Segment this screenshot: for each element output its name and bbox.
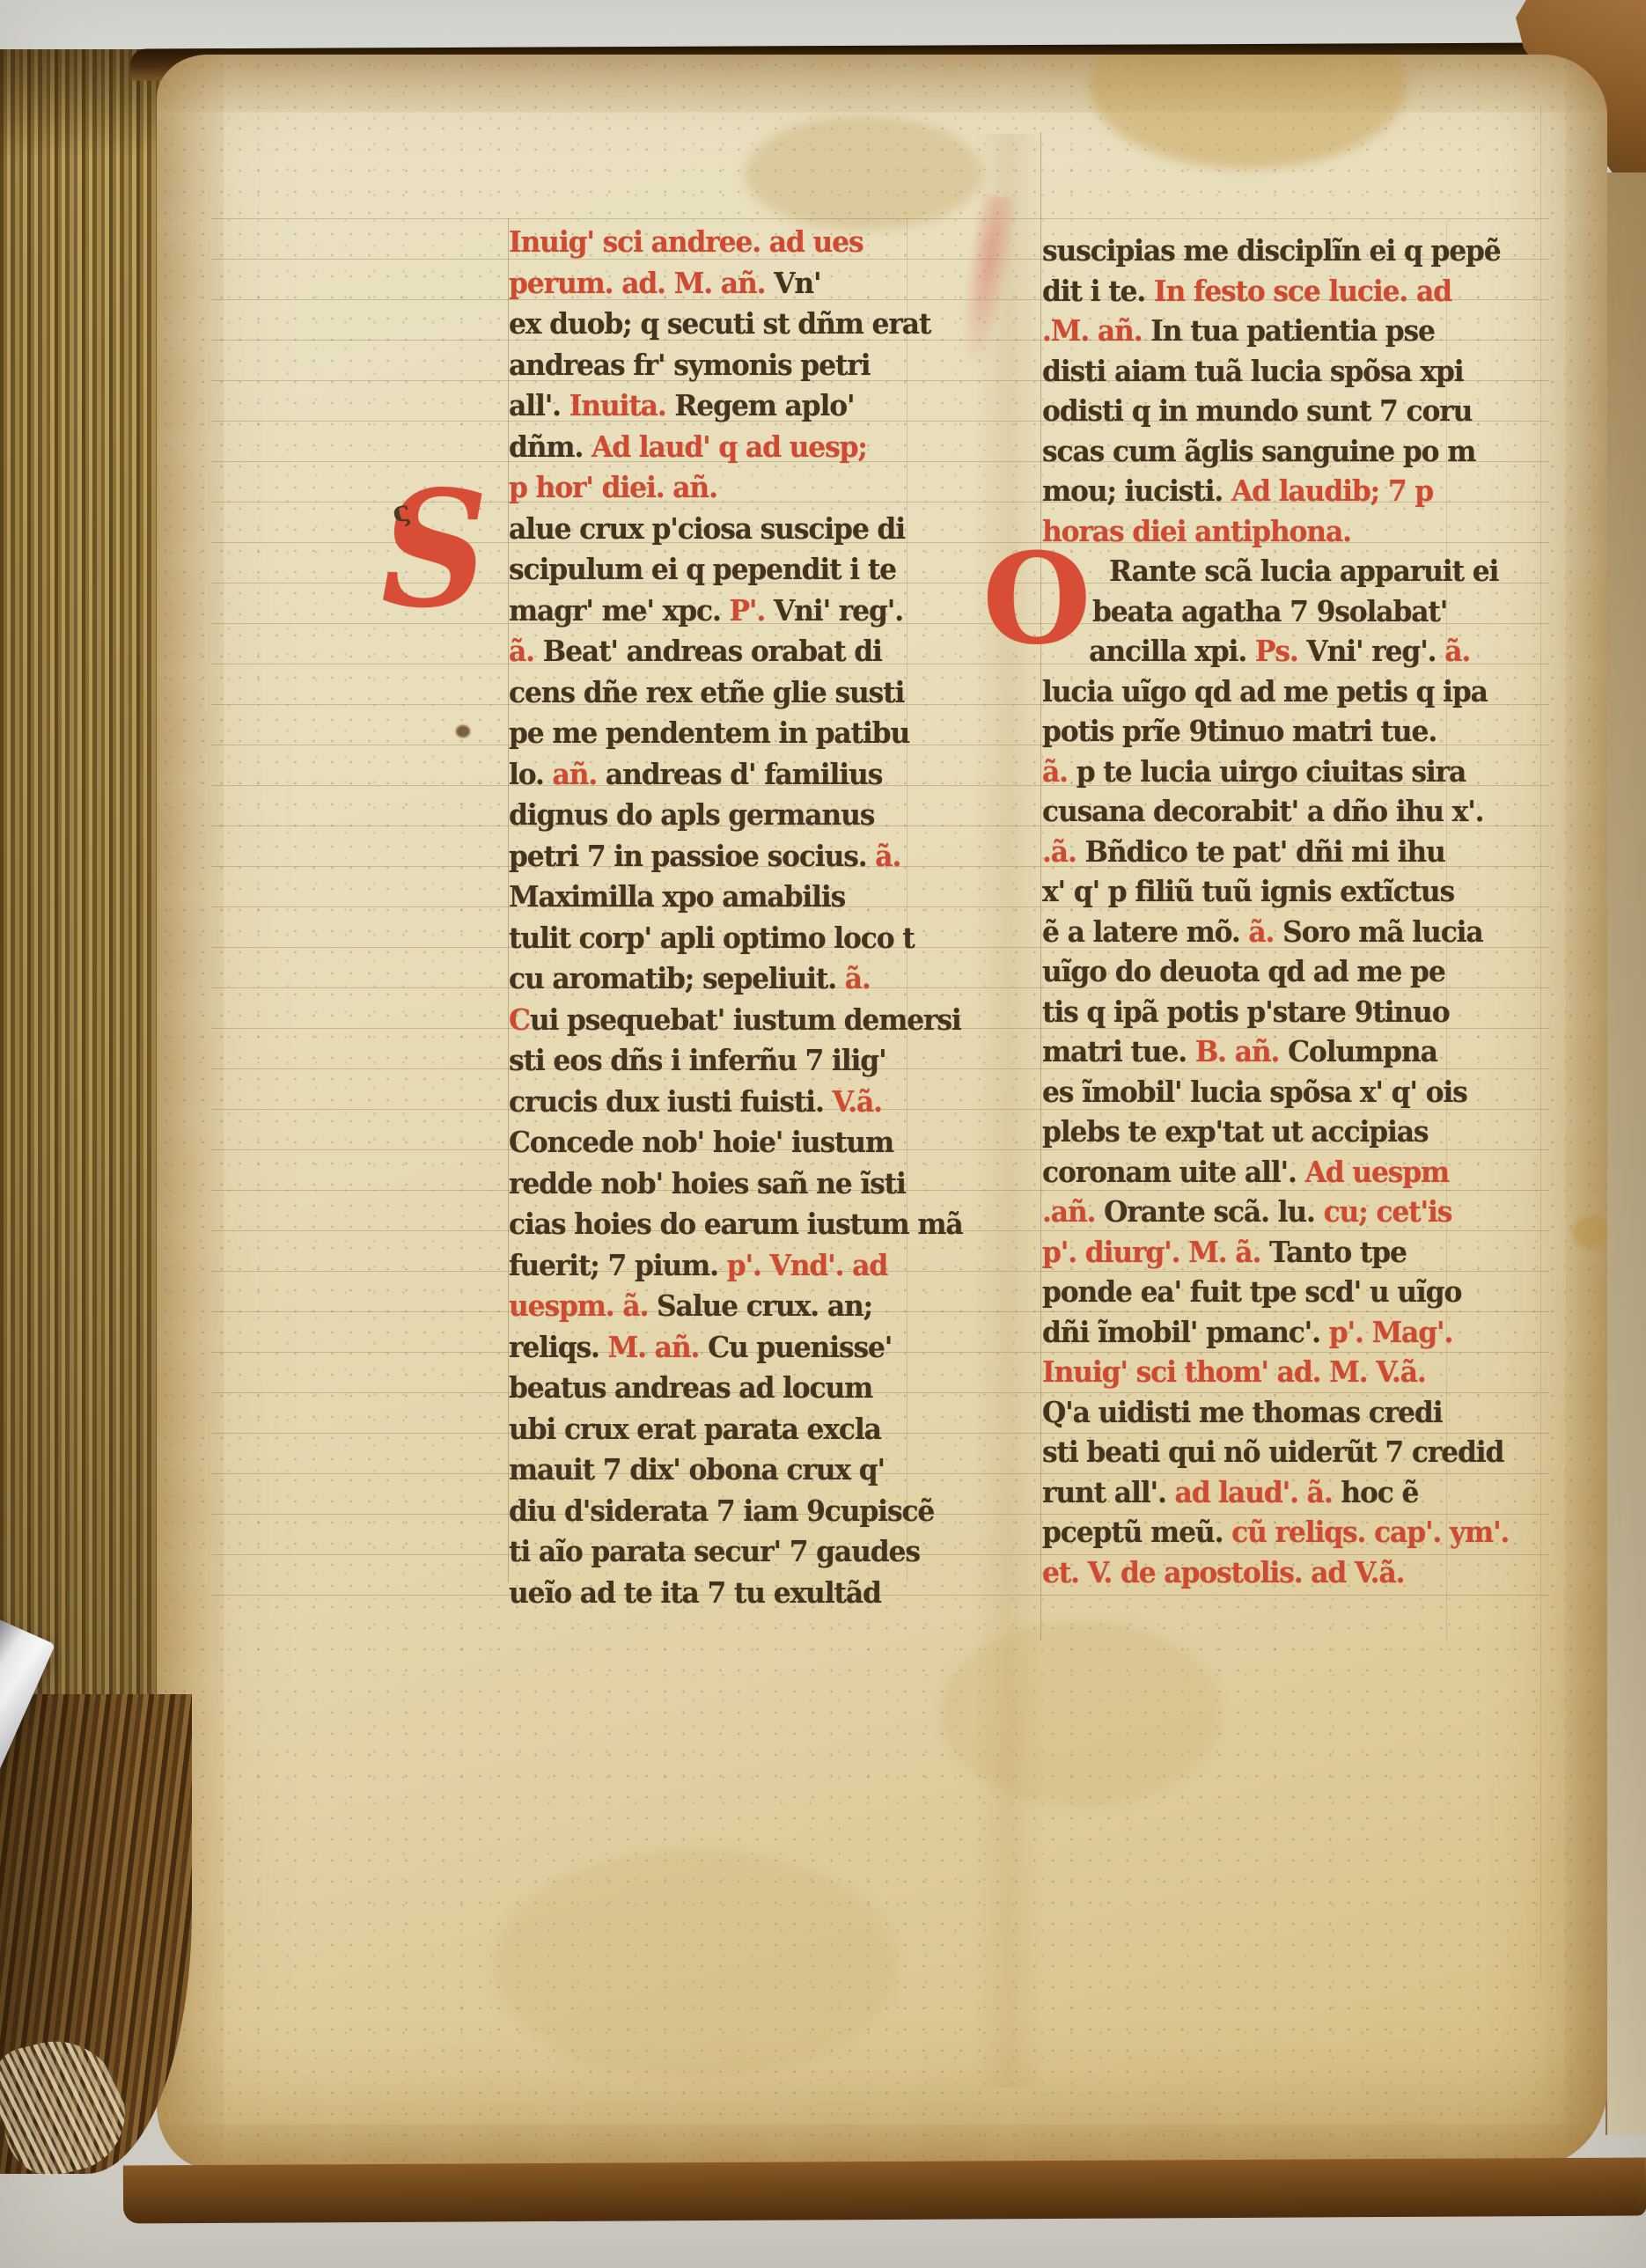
ink-text: lucia uĩgo qd ad me petis q ipa [1042,674,1488,708]
text-line: et. V. de apostolis. ad V.ã. [1042,1552,1544,1593]
rubric-text: p hor' diei. añ. [509,470,717,504]
text-line: reliqs. M. añ. Cu puenisse' [509,1327,977,1369]
ink-text: alue crux p'ciosa suscipe di [509,511,905,546]
ink-text: suscipias me disciplĩn ei q pepẽ [1042,233,1501,268]
rubric-text: In festo sce lucie. ad [1154,274,1451,308]
ink-text: Salue crux. an; [657,1288,872,1323]
text-line: es ĩmobil' lucia spõsa x' q' ois [1042,1072,1544,1112]
book-page-edges [0,49,174,1871]
book-right-edge [1606,172,1646,2135]
text-line: cu aromatib; sepeliuit. ã. [509,958,977,1000]
text-line: coronam uite all'. Ad uespm [1042,1152,1544,1193]
ink-text: Maximilla xpo amabilis [509,879,845,914]
ink-text: In tua patientia pse [1150,313,1435,348]
ink-text: cias hoies do earum iustum mã [509,1207,963,1241]
parchment-page: S O ς Inuig' sci andree. ad uesperum. ad… [157,55,1607,2169]
ink-text: pe me pendentem in patibu [509,716,909,750]
text-line: perum. ad. M. añ. Vn' [509,263,977,305]
ink-text: lo. [509,757,553,791]
ink-text: ponde ea' fuit tpe scd' u uĩgo [1042,1274,1461,1309]
ink-text: all'. [509,388,569,422]
text-line: all'. Inuita. Regem aplo' [509,385,977,427]
text-line: .M. añ. In tua patientia pse [1042,311,1544,351]
rubric-text: horas diei antiphona. [1042,514,1351,548]
text-line: Cui psequebat' iustum demersi [509,1000,977,1041]
ink-text: sti beati qui nõ uiderũt 7 credid [1042,1435,1503,1469]
text-line: ueĩo ad te ita 7 tu exultãd [509,1573,977,1614]
text-line: alue crux p'ciosa suscipe di [509,509,977,550]
ink-text: uĩgo do deuota qd ad me pe [1042,954,1445,988]
rubric-text: cu; cet'is [1324,1194,1452,1229]
rubric-text: ad laud'. ã. [1175,1475,1341,1509]
text-line: plebs te exp'tat ut accipias [1042,1112,1544,1152]
rubric-text: Ad uespm [1305,1155,1450,1189]
leather-cover-bottom [123,2157,1646,2223]
text-line: dñi ĩmobil' pmanc'. p'. Mag'. [1042,1312,1544,1353]
ink-text: p te lucia uirgo ciuitas sira [1077,754,1466,789]
ink-text: Vni' reg'. [774,593,903,628]
ink-text: magr' me' xpc. [509,593,730,628]
rubric-text: uespm. ã. [509,1288,657,1323]
ink-text: cens dñe rex etñe glie susti [509,675,904,709]
ink-text: Rante scã lucia apparuit ei [1109,554,1498,588]
text-line: disti aiam tuã lucia spõsa xpi [1042,351,1544,392]
ink-text: pceptũ meũ. [1042,1515,1231,1549]
text-line: uĩgo do deuota qd ad me pe [1042,951,1544,992]
rubric-text: p'. Vnd'. ad [727,1248,887,1282]
ink-text: sti eos dñs i inferñu 7 ilig' [509,1043,886,1077]
text-line: runt all'. ad laud'. ã. hoc ẽ [1042,1472,1544,1513]
ink-text: dñi ĩmobil' pmanc'. [1042,1315,1329,1349]
text-line: pe me pendentem in patibu [509,713,977,754]
text-line: beata agatha 7 9solabat' [1042,591,1544,632]
text-line: ubi crux erat parata excla [509,1409,977,1450]
rubric-text: V.ã. [833,1084,882,1119]
rubric-text: ã. [875,839,900,873]
ink-text: andreas fr' symonis petri [509,348,870,382]
rubric-text: C [509,1002,530,1037]
text-line: pceptũ meũ. cũ reliqs. cap'. ym'. [1042,1512,1544,1552]
text-line: uespm. ã. Salue crux. an; [509,1286,977,1327]
ink-text: x' q' p filiũ tuũ ignis extĩctus [1042,874,1454,908]
text-line: scipulum ei q pependit i te [509,549,977,591]
text-line: ti aĩo parata secur' 7 gaudes [509,1531,977,1573]
text-line: fuerit; 7 pium. p'. Vnd'. ad [509,1245,977,1287]
ink-text: tis q ipã potis p'stare 9tinuo [1042,995,1449,1029]
ink-text: dit i te. [1042,274,1154,308]
text-line: dignus do apls germanus [509,795,977,836]
text-line: ẽ a latere mõ. ã. Soro mã lucia [1042,912,1544,952]
text-line: p hor' diei. añ. [509,467,977,509]
ink-text: Vni' reg'. [1306,634,1444,668]
text-line: sti eos dñs i inferñu 7 ilig' [509,1040,977,1082]
rubric-text: ã. [509,634,543,668]
text-line: suscipias me disciplĩn ei q pepẽ [1042,231,1544,271]
rubric-text: ã. [1444,634,1470,668]
rubric-text: perum. ad. M. añ. [509,266,774,300]
ink-text: mauit 7 dix' obona crux q' [509,1452,885,1486]
ink-text: ui psequebat' iustum demersi [530,1002,961,1037]
ink-text: ancilla xpi. [1089,634,1255,668]
ink-text: dñm. [509,429,592,464]
text-line: Concede nob' hoie' iustum [509,1122,977,1163]
ink-text: Soro mã lucia [1282,914,1482,949]
ink-text: ti aĩo parata secur' 7 gaudes [509,1534,920,1568]
text-line: Inuig' sci thom' ad. M. V.ã. [1042,1352,1544,1392]
text-line: x' q' p filiũ tuũ ignis extĩctus [1042,871,1544,912]
text-line: cias hoies do earum iustum mã [509,1204,977,1245]
rubric-text: ã. [1248,914,1282,949]
text-line: odisti q in mundo sunt 7 coru [1042,391,1544,431]
text-line: .añ. Orante scã. lu. cu; cet'is [1042,1192,1544,1232]
text-line: ã. p te lucia uirgo ciuitas sira [1042,752,1544,792]
ink-text: runt all'. [1042,1475,1175,1509]
text-line: ã. Beat' andreas orabat di [509,631,977,672]
text-line: sti beati qui nõ uiderũt 7 credid [1042,1432,1544,1472]
ink-text: dignus do apls germanus [509,797,874,832]
stain [1572,1216,1607,1248]
rubric-text: p'. diurg'. M. ã. [1042,1235,1269,1269]
ink-text: cusana decorabit' a dño ihu x'. [1042,794,1483,828]
ink-text: Tanto tpe [1269,1235,1407,1269]
ink-text: scipulum ei q pependit i te [509,552,896,586]
text-line: dñm. Ad laud' q ad uesp; [509,427,977,468]
ink-text: fuerit; 7 pium. [509,1248,727,1282]
rubric-text: añ. [553,757,606,791]
ink-text: beatus andreas ad locum [509,1370,872,1405]
text-line: ex duob; q secuti st dñm erat [509,304,977,345]
ink-text: reliqs. [509,1330,608,1364]
ink-text: plebs te exp'tat ut accipias [1042,1114,1428,1149]
ink-text: scas cum ãglis sanguine po m [1042,434,1475,468]
ink-text: Beat' andreas orabat di [543,634,882,668]
text-line: potis prĩe 9tinuo matri tue. [1042,711,1544,752]
ink-text: Regem aplo' [674,388,854,422]
gutter-shading [974,134,1044,2088]
rubric-text: cũ reliqs. cap'. ym'. [1231,1515,1509,1549]
rubric-text: et. V. de apostolis. ad V.ã. [1042,1555,1404,1589]
text-line: crucis dux iusti fuisti. V.ã. [509,1082,977,1123]
rubric-text: ã. [845,961,871,995]
text-line: dit i te. In festo sce lucie. ad [1042,271,1544,312]
ink-text: potis prĩe 9tinuo matri tue. [1042,714,1437,748]
text-line: Rante scã lucia apparuit ei [1042,551,1544,591]
text-column-right: suscipias me disciplĩn ei q pepẽdit i te… [1042,231,1544,1592]
ink-text: redde nob' hoies sañ ne ĩsti [509,1166,906,1200]
stain [493,1850,898,2079]
rubric-text: Ad laud' q ad uesp; [592,429,867,464]
ink-text: Orante scã. lu. [1104,1194,1323,1229]
text-line: lo. añ. andreas d' familius [509,754,977,796]
text-line: p'. diurg'. M. ã. Tanto tpe [1042,1232,1544,1273]
ink-text: beata agatha 7 9solabat' [1092,594,1447,628]
ink-text: petri 7 in passioe socius. [509,839,875,873]
text-line: petri 7 in passioe socius. ã. [509,836,977,877]
rubric-text: Inuig' sci thom' ad. M. V.ã. [1042,1354,1426,1389]
ink-text: Q'a uidisti me thomas credi [1042,1395,1443,1429]
text-line: scas cum ãglis sanguine po m [1042,431,1544,472]
rubric-text: P'. [730,593,774,628]
text-line: horas diei antiphona. [1042,511,1544,552]
ink-text: tulit corp' apli optimo loco t [509,921,915,955]
text-line: magr' me' xpc. P'. Vni' reg'. [509,591,977,632]
text-line: mauit 7 dix' obona crux q' [509,1450,977,1491]
ink-text: ẽ a latere mõ. [1042,914,1248,949]
stain [745,116,982,231]
ink-text: ex duob; q secuti st dñm erat [509,306,930,341]
ink-text: coronam uite all'. [1042,1155,1305,1189]
text-line: tulit corp' apli optimo loco t [509,918,977,959]
ink-text: Columpna [1288,1034,1437,1068]
stain [1090,55,1407,169]
rubric-text: ã. [1042,754,1077,789]
text-line: diu d'siderata 7 iam 9cupiscẽ [509,1491,977,1532]
ink-text: Vn' [774,266,820,300]
ink-text: crucis dux iusti fuisti. [509,1084,833,1119]
text-line: andreas fr' symonis petri [509,345,977,386]
ink-text: ubi crux erat parata excla [509,1412,881,1446]
rubric-text: Inuig' sci andree. ad ues [509,224,863,259]
ink-text: cu aromatib; sepeliuit. [509,961,845,995]
ink-text: diu d'siderata 7 iam 9cupiscẽ [509,1494,934,1528]
rubric-text: p'. Mag'. [1329,1315,1453,1349]
text-line: Inuig' sci andree. ad ues [509,222,977,263]
text-line: redde nob' hoies sañ ne ĩsti [509,1163,977,1205]
text-line: tis q ipã potis p'stare 9tinuo [1042,992,1544,1032]
rubric-text: M. añ. [608,1330,708,1364]
text-line: cusana decorabit' a dño ihu x'. [1042,791,1544,832]
ink-text: matri tue. [1042,1034,1195,1068]
rubric-text: .ã. [1042,834,1085,869]
text-line: matri tue. B. añ. Columpna [1042,1031,1544,1072]
text-line: cens dñe rex etñe glie susti [509,672,977,714]
text-column-left: Inuig' sci andree. ad uesperum. ad. M. a… [509,222,977,1613]
text-line: Maximilla xpo amabilis [509,877,977,918]
text-line: beatus andreas ad locum [509,1368,977,1409]
rubric-text: Ps. [1255,634,1306,668]
text-line: mou; iucisti. Ad laudib; 7 p [1042,471,1544,511]
rubric-text: B. añ. [1195,1034,1288,1068]
manuscript-photo: S O ς Inuig' sci andree. ad uesperum. ad… [0,0,1646,2268]
ink-text: Bñdico te pat' dñi mi ihu [1085,834,1445,869]
rubric-text: Ad laudib; 7 p [1231,473,1433,508]
text-line: lucia uĩgo qd ad me petis q ipa [1042,672,1544,712]
ink-text: odisti q in mundo sunt 7 coru [1042,393,1472,428]
rubric-text: .añ. [1042,1194,1104,1229]
ink-text: Concede nob' hoie' iustum [509,1125,893,1159]
ink-text: Cu puenisse' [708,1330,892,1364]
ink-text: es ĩmobil' lucia spõsa x' q' ois [1042,1075,1467,1109]
ink-text: ueĩo ad te ita 7 tu exultãd [509,1575,881,1610]
rubric-text: .M. añ. [1042,313,1150,348]
text-line: .ã. Bñdico te pat' dñi mi ihu [1042,832,1544,872]
ink-text: mou; iucisti. [1042,473,1231,508]
text-line: ancilla xpi. Ps. Vni' reg'. ã. [1042,631,1544,672]
ink-text: hoc ẽ [1341,1475,1418,1509]
rubric-text: Inuita. [569,388,675,422]
ink-text: disti aiam tuã lucia spõsa xpi [1042,354,1464,388]
illuminated-initial-s: S [381,469,488,628]
text-line: ponde ea' fuit tpe scd' u uĩgo [1042,1272,1544,1312]
ink-text: andreas d' familius [606,757,882,791]
text-line: Q'a uidisti me thomas credi [1042,1392,1544,1433]
